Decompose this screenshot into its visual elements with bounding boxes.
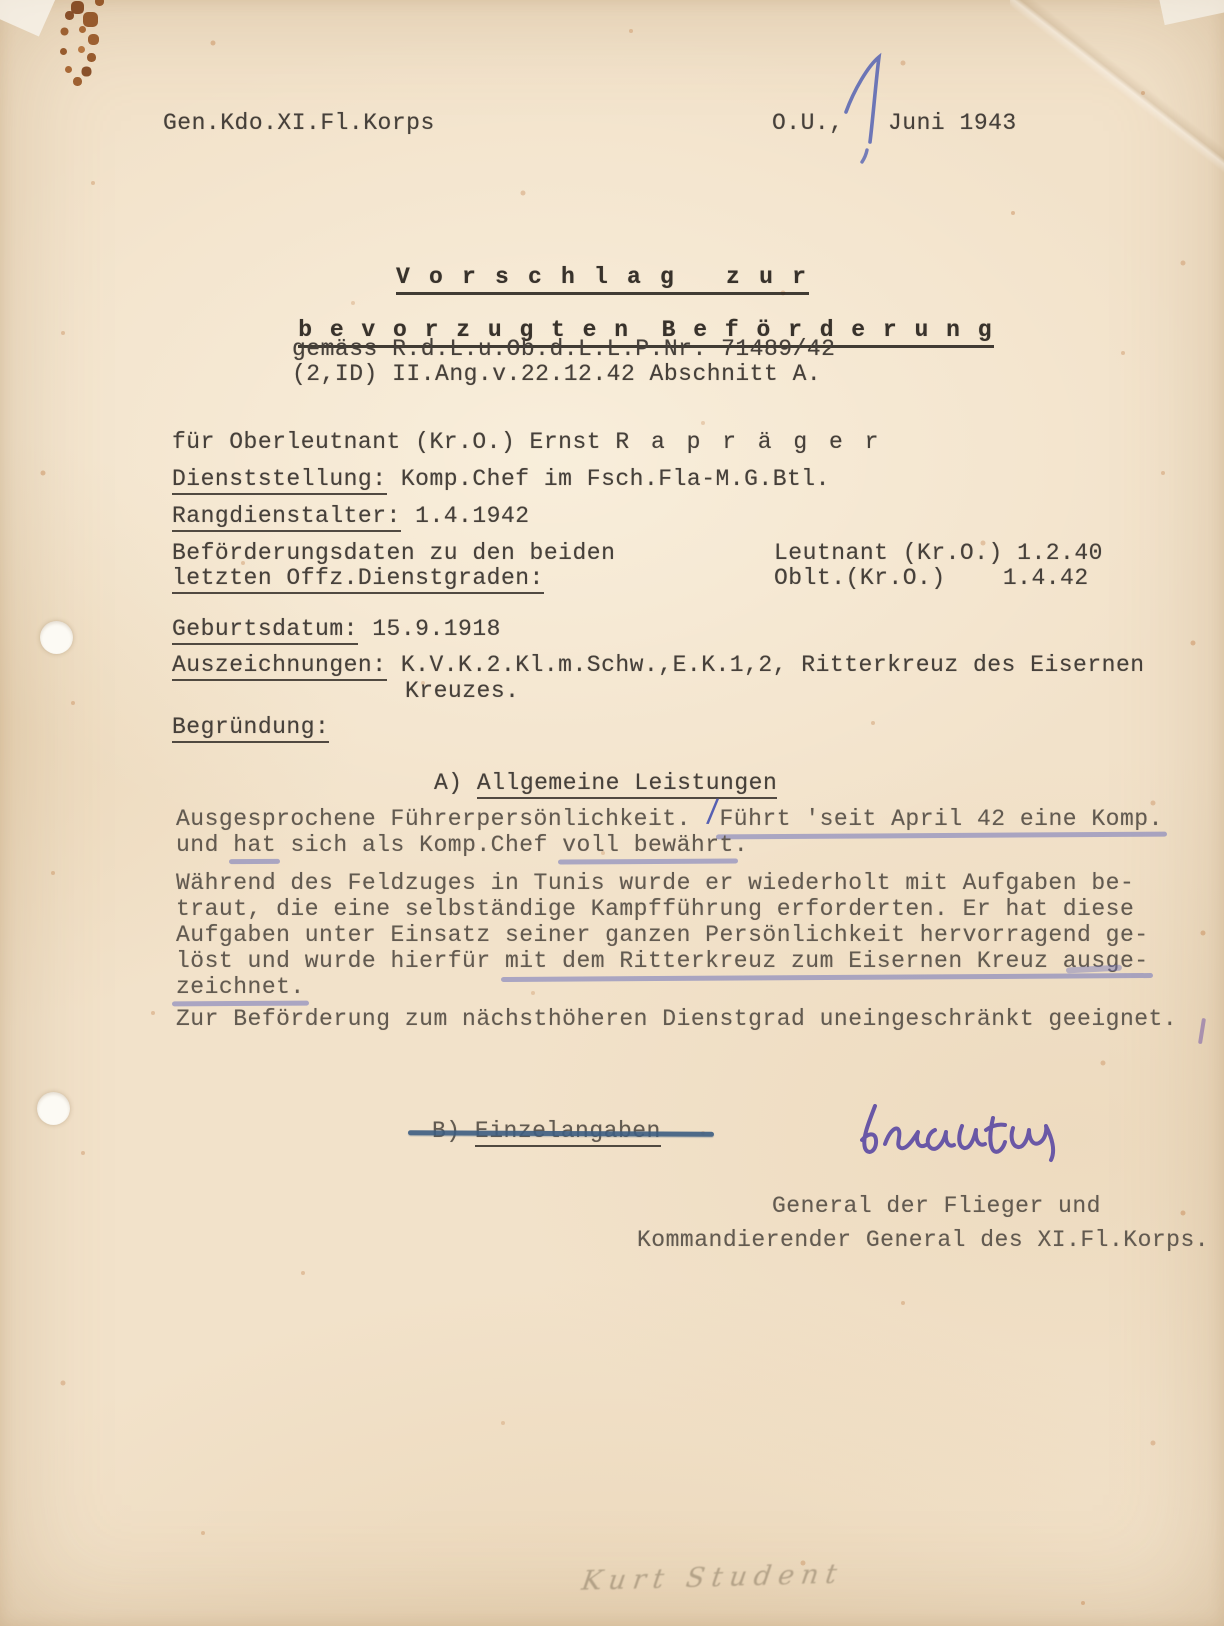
para2-line4-pre: löst und wurde hierfür — [176, 948, 505, 974]
date-line: Juni 1943 — [888, 110, 1017, 136]
field-geburtsdatum-label: Geburtsdatum: — [172, 616, 358, 645]
reference-line1: gemäss R.d.L.u.Ob.d.L.L.P.Nr. 71489/42 — [292, 336, 836, 362]
punch-hole-top — [40, 621, 73, 654]
handwritten-day-numeral — [838, 50, 898, 160]
field-dienststellung: Dienststellung: Komp.Chef im Fsch.Fla-M.… — [172, 466, 830, 492]
foxing-spots — [0, 0, 2, 2]
para1-line1-pre: Ausgesprochene Führerpersönlichkeit. — [176, 806, 705, 832]
field-auszeichnungen-label: Auszeichnungen: — [172, 652, 387, 681]
field-auszeichnungen-value: K.V.K.2.Kl.m.Schw.,E.K.1,2, Ritterkreuz … — [387, 652, 1145, 678]
rank-date-oberleutnant: Oblt.(Kr.O.) 1.4.42 — [774, 565, 1089, 591]
para1-line2-blue-underlined-1: hat — [233, 832, 276, 858]
para1-line1: Ausgesprochene Führerpersönlichkeit. /Fü… — [176, 806, 1163, 832]
suitability-statement: Zur Beförderung zum nächsthöheren Dienst… — [176, 1006, 1177, 1032]
field-rangdienstalter-label: Rangdienstalter: — [172, 503, 401, 532]
field-auszeichnungen: Auszeichnungen: K.V.K.2.Kl.m.Schw.,E.K.1… — [172, 652, 1145, 678]
unit-designation: Gen.Kdo.XI.Fl.Korps — [163, 110, 435, 136]
reference-line2: (2,ID) II.Ang.v.22.12.42 Abschnitt A. — [292, 361, 821, 387]
field-rangdienstalter: Rangdienstalter: 1.4.1942 — [172, 503, 530, 529]
para2-line5: zeichnet. — [176, 974, 305, 1000]
para1-line2-post: . — [734, 832, 748, 858]
begruendung-label: Begründung: — [172, 714, 329, 743]
para1-line1-blue-underlined: Führt 'seit April 42 eine Komp. — [720, 806, 1163, 832]
field-auszeichnungen-line2: Kreuzes. — [405, 678, 519, 704]
field-dienststellung-label: Dienststellung: — [172, 466, 387, 495]
subject-officer-line: für Oberleutnant (Kr.O.) Ernst R a p r ä… — [172, 429, 882, 455]
para2-line5-blue-underlined: zeichnet. — [176, 974, 305, 1000]
field-dienststellung-value: Komp.Chef im Fsch.Fla-M.G.Btl. — [387, 466, 830, 492]
para2-line3: Aufgaben unter Einsatz seiner ganzen Per… — [176, 922, 1149, 948]
para1-line2: und hat sich als Komp.Chef voll bewährt. — [176, 832, 748, 858]
para2-line4: löst und wurde hierfür mit dem Ritterkre… — [176, 948, 1149, 974]
para1-line2-blue-underlined-2: voll bewährt — [562, 832, 734, 858]
signature-title-line1: General der Flieger und — [772, 1193, 1101, 1219]
paper-corner-top-left — [0, 0, 55, 37]
blue-editor-slash: / — [705, 794, 721, 836]
section-a-prefix: A) — [434, 770, 477, 796]
field-befoerderungsdaten-line1: Beförderungsdaten zu den beiden — [172, 540, 615, 566]
field-rangdienstalter-value: 1.4.1942 — [401, 503, 530, 529]
para2-line1: Während des Feldzuges in Tunis wurde er … — [176, 870, 1134, 896]
field-geburtsdatum: Geburtsdatum: 15.9.1918 — [172, 616, 501, 642]
place-abbreviation: O.U., — [772, 110, 844, 136]
para2-line4-blue-underlined: mit dem Ritterkreuz zum Eisernen Kreuz a… — [505, 948, 1149, 974]
subject-officer-pre: für Oberleutnant (Kr.O.) Ernst — [172, 429, 615, 455]
begruendung-heading: Begründung: — [172, 714, 329, 740]
signature-title-line2: Kommandierender General des XI.Fl.Korps. — [637, 1227, 1209, 1253]
para1-line2-mid: sich als Komp.Chef — [276, 832, 562, 858]
scanned-document-page: Gen.Kdo.XI.Fl.Korps O.U., Juni 1943 V o … — [0, 0, 1224, 1626]
field-befoerderungsdaten-line2: letzten Offz.Dienstgraden: — [172, 565, 544, 591]
para2-line2: traut, die eine selbständige Kampfführun… — [176, 896, 1134, 922]
punch-hole-bottom — [37, 1092, 70, 1125]
paper-crease-top-right — [1010, 0, 1224, 180]
purple-ink-tick — [1198, 1018, 1206, 1044]
para1-line2-pre: und — [176, 832, 233, 858]
pencil-name-note: Kurt Student — [580, 1558, 846, 1596]
section-a-heading: A) Allgemeine Leistungen — [434, 770, 777, 796]
signature-student — [845, 1094, 1075, 1170]
section-a-heading-text: Allgemeine Leistungen — [477, 770, 777, 799]
field-befoerderungsdaten-label2: letzten Offz.Dienstgraden: — [172, 565, 544, 594]
field-geburtsdatum-value: 15.9.1918 — [358, 616, 501, 642]
subject-officer-name: R a p r ä g e r — [615, 429, 882, 455]
rank-date-leutnant: Leutnant (Kr.O.) 1.2.40 — [774, 540, 1103, 566]
